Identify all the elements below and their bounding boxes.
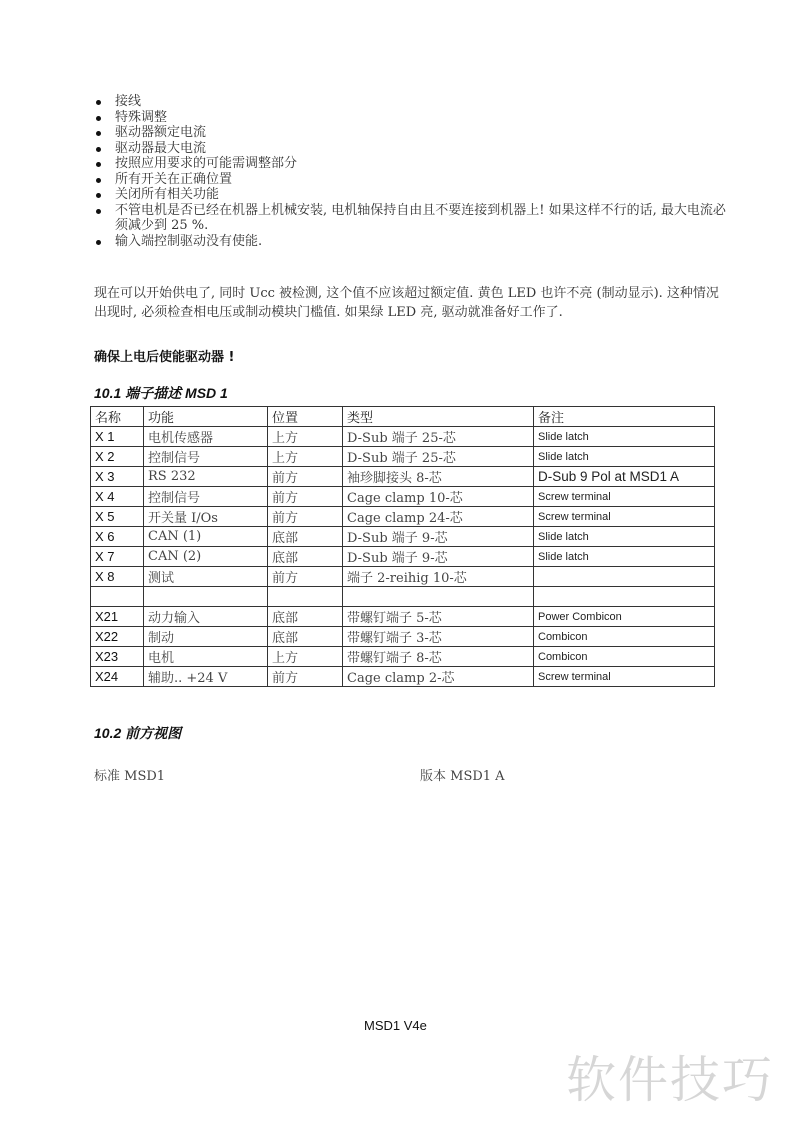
cell-note: Slide latch bbox=[534, 447, 715, 467]
cell-function: 控制信号 bbox=[144, 487, 268, 507]
cell-function: RS 232 bbox=[144, 467, 268, 487]
cell-name: X21 bbox=[91, 607, 144, 627]
cell-type: D-Sub 端子 25-芯 bbox=[343, 447, 534, 467]
header-name: 名称 bbox=[91, 407, 144, 427]
cell-type: 带螺钉端子 3-芯 bbox=[343, 627, 534, 647]
cell-type: Cage clamp 2-芯 bbox=[343, 667, 534, 687]
watermark: 软件技巧 bbox=[566, 1040, 774, 1112]
cell-type: 带螺钉端子 8-芯 bbox=[343, 647, 534, 667]
cell-position: 前方 bbox=[268, 567, 343, 587]
cell-note: Combicon bbox=[534, 627, 715, 647]
cell-function: 开关量 I/Os bbox=[144, 507, 268, 527]
cell-name: X 1 bbox=[91, 427, 144, 447]
cell-function: 辅助.. +24 V bbox=[144, 667, 268, 687]
cell-note: D-Sub 9 Pol at MSD1 A bbox=[534, 467, 715, 487]
cell-type: Cage clamp 10-芯 bbox=[343, 487, 534, 507]
section-title-front-view: 10.2 前方视图 bbox=[94, 723, 181, 743]
checklist-item: 所有开关在正确位置 bbox=[94, 172, 734, 188]
cell-name bbox=[91, 587, 144, 607]
cell-type: 袖珍脚接头 8-芯 bbox=[343, 467, 534, 487]
table-row: X23 电机 上方 带螺钉端子 8-芯 Combicon bbox=[91, 647, 715, 667]
table-row: X21 动力输入 底部 带螺钉端子 5-芯 Power Combicon bbox=[91, 607, 715, 627]
cell-type: D-Sub 端子 25-芯 bbox=[343, 427, 534, 447]
cell-position: 前方 bbox=[268, 667, 343, 687]
cell-function bbox=[144, 587, 268, 607]
header-note: 备注 bbox=[534, 407, 715, 427]
checklist-item: 关闭所有相关功能 bbox=[94, 187, 734, 203]
cell-note: Slide latch bbox=[534, 427, 715, 447]
cell-position: 上方 bbox=[268, 647, 343, 667]
table-row: X 2 控制信号 上方 D-Sub 端子 25-芯 Slide latch bbox=[91, 447, 715, 467]
cell-function: 制动 bbox=[144, 627, 268, 647]
cell-note: Screw terminal bbox=[534, 667, 715, 687]
cell-function: CAN (2) bbox=[144, 547, 268, 567]
cell-note: Slide latch bbox=[534, 527, 715, 547]
checklist-item: 接线 bbox=[94, 94, 734, 110]
table-row: X22 制动 底部 带螺钉端子 3-芯 Combicon bbox=[91, 627, 715, 647]
checklist-item: 驱动器额定电流 bbox=[94, 125, 734, 141]
table-row: X 4 控制信号 前方 Cage clamp 10-芯 Screw termin… bbox=[91, 487, 715, 507]
enable-warning: 确保上电后使能驱动器 ! bbox=[94, 346, 234, 365]
table-row: X 3 RS 232 前方 袖珍脚接头 8-芯 D-Sub 9 Pol at M… bbox=[91, 467, 715, 487]
cell-position: 上方 bbox=[268, 427, 343, 447]
cell-position: 底部 bbox=[268, 527, 343, 547]
cell-type: 端子 2-reihig 10-芯 bbox=[343, 567, 534, 587]
checklist-item: 驱动器最大电流 bbox=[94, 141, 734, 157]
cell-note bbox=[534, 567, 715, 587]
cell-name: X 3 bbox=[91, 467, 144, 487]
header-function: 功能 bbox=[144, 407, 268, 427]
cell-position: 底部 bbox=[268, 627, 343, 647]
cell-name: X22 bbox=[91, 627, 144, 647]
checklist-item: 按照应用要求的可能需调整部分 bbox=[94, 156, 734, 172]
cell-type: 带螺钉端子 5-芯 bbox=[343, 607, 534, 627]
cell-function: CAN (1) bbox=[144, 527, 268, 547]
cell-position: 底部 bbox=[268, 607, 343, 627]
cell-type: D-Sub 端子 9-芯 bbox=[343, 527, 534, 547]
front-view-label-standard: 标准 MSD1 bbox=[94, 765, 165, 784]
cell-note: Power Combicon bbox=[534, 607, 715, 627]
cell-name: X24 bbox=[91, 667, 144, 687]
cell-position bbox=[268, 587, 343, 607]
cell-position: 底部 bbox=[268, 547, 343, 567]
cell-type bbox=[343, 587, 534, 607]
cell-name: X 2 bbox=[91, 447, 144, 467]
cell-note: Combicon bbox=[534, 647, 715, 667]
terminal-table: 名称 功能 位置 类型 备注 X 1 电机传感器 上方 D-Sub 端子 25-… bbox=[90, 406, 715, 687]
cell-function: 动力输入 bbox=[144, 607, 268, 627]
page-footer: MSD1 V4e bbox=[364, 1018, 427, 1033]
front-view-label-variant: 版本 MSD1 A bbox=[420, 765, 505, 784]
cell-name: X 4 bbox=[91, 487, 144, 507]
cell-function: 控制信号 bbox=[144, 447, 268, 467]
cell-position: 前方 bbox=[268, 487, 343, 507]
cell-note: Screw terminal bbox=[534, 507, 715, 527]
table-row: X 7 CAN (2) 底部 D-Sub 端子 9-芯 Slide latch bbox=[91, 547, 715, 567]
cell-note: Screw terminal bbox=[534, 487, 715, 507]
cell-function: 电机传感器 bbox=[144, 427, 268, 447]
table-row: X 1 电机传感器 上方 D-Sub 端子 25-芯 Slide latch bbox=[91, 427, 715, 447]
cell-type: D-Sub 端子 9-芯 bbox=[343, 547, 534, 567]
cell-note: Slide latch bbox=[534, 547, 715, 567]
cell-name: X 7 bbox=[91, 547, 144, 567]
section-title-terminal-description: 10.1 端子描述 MSD 1 bbox=[94, 383, 228, 403]
cell-name: X 5 bbox=[91, 507, 144, 527]
table-row: X 6 CAN (1) 底部 D-Sub 端子 9-芯 Slide latch bbox=[91, 527, 715, 547]
cell-function: 电机 bbox=[144, 647, 268, 667]
checklist-item: 不管电机是否已经在机器上机械安装, 电机轴保持自由且不要连接到机器上! 如果这样… bbox=[94, 203, 734, 234]
cell-position: 前方 bbox=[268, 467, 343, 487]
table-row-empty bbox=[91, 587, 715, 607]
table-row: X 5 开关量 I/Os 前方 Cage clamp 24-芯 Screw te… bbox=[91, 507, 715, 527]
cell-type: Cage clamp 24-芯 bbox=[343, 507, 534, 527]
checklist-item: 特殊调整 bbox=[94, 110, 734, 126]
table-row: X24 辅助.. +24 V 前方 Cage clamp 2-芯 Screw t… bbox=[91, 667, 715, 687]
table-row: X 8 测试 前方 端子 2-reihig 10-芯 bbox=[91, 567, 715, 587]
power-on-paragraph: 现在可以开始供电了, 同时 Ucc 被检测, 这个值不应该超过额定值. 黄色 L… bbox=[94, 284, 724, 322]
cell-position: 上方 bbox=[268, 447, 343, 467]
cell-function: 测试 bbox=[144, 567, 268, 587]
cell-name: X23 bbox=[91, 647, 144, 667]
cell-name: X 6 bbox=[91, 527, 144, 547]
checklist-item: 输入端控制驱动没有使能. bbox=[94, 234, 734, 250]
header-position: 位置 bbox=[268, 407, 343, 427]
header-type: 类型 bbox=[343, 407, 534, 427]
table-header-row: 名称 功能 位置 类型 备注 bbox=[91, 407, 715, 427]
checklist: 接线 特殊调整 驱动器额定电流 驱动器最大电流 按照应用要求的可能需调整部分 所… bbox=[94, 94, 734, 249]
cell-position: 前方 bbox=[268, 507, 343, 527]
cell-note bbox=[534, 587, 715, 607]
cell-name: X 8 bbox=[91, 567, 144, 587]
